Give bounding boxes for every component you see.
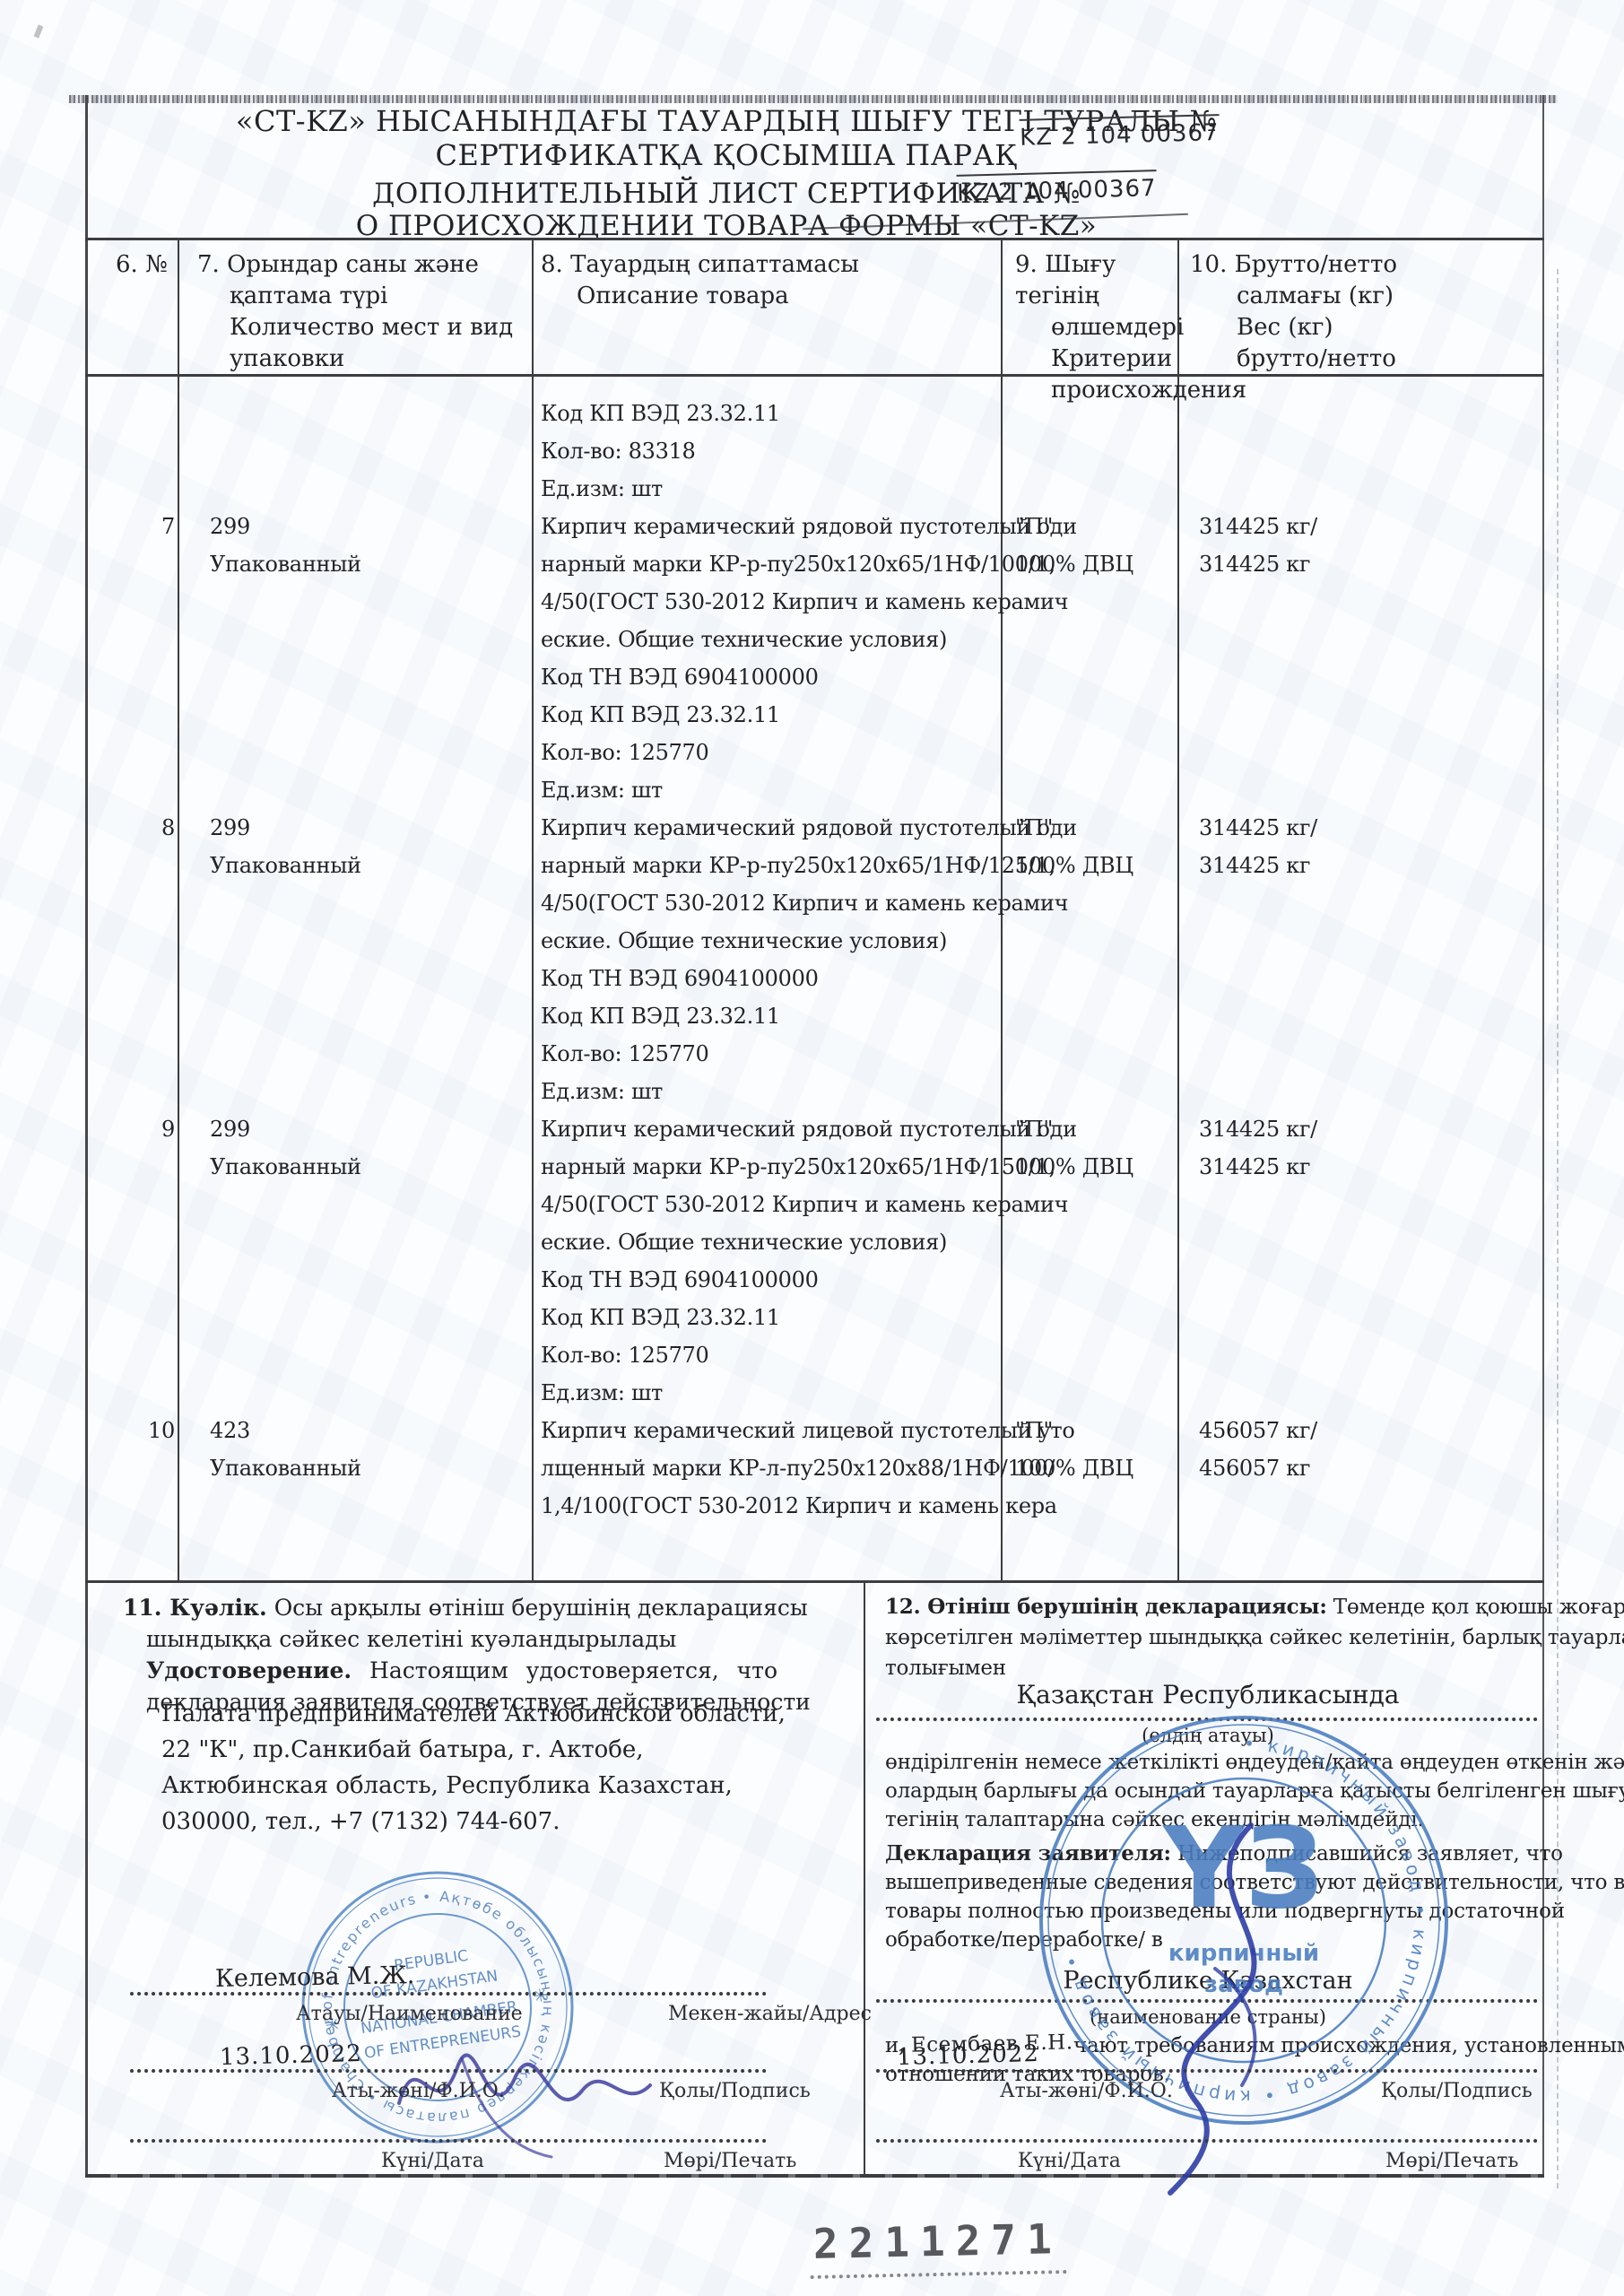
criteria-cell: "П"100% ДВЦ [1003,809,1179,1110]
date-value-right: 13.10.2022 [897,2040,1040,2071]
row-number: 8 [85,809,179,1110]
country-name-kk: Қазақстан Республикасында [876,1680,1540,1709]
places-cell: 299Упакованный [179,809,534,1110]
country-ru-label: (наименование страны) [876,2006,1540,2028]
label-address: Мекен-жайы/Адрес [668,2003,872,2025]
date-dotted-line [130,2139,767,2143]
country-ru-dotted-line [876,1999,1538,2003]
frame-border-bottom [85,2174,1544,2178]
places-cell: 423Упакованный [179,1412,534,1525]
section-12-declaration-kk: 12. Өтініш берушінің декларациясы: Төмен… [885,1592,1538,1683]
label-stamp-right: Мөрі/Печать [1385,2150,1518,2172]
label-date: Күні/Дата [381,2150,484,2172]
label-sign: Қолы/Подпись [659,2080,811,2102]
microprint-band [69,95,1558,103]
svg-text:OF ENTREPRENEURS: OF ENTREPRENEURS [363,2022,522,2062]
cert-number-stamp-bottom: KZ 2 104 00367 [957,170,1157,207]
row-number: 10 [85,1412,179,1525]
table-filler-row [85,1525,1544,1580]
criteria-cell: "П"100% ДВЦ [1003,1110,1179,1412]
table-row-10: 10 423Упакованный Кирпич керамический ли… [85,1412,1544,1525]
footer-doc-number: 2211271 [809,2214,1066,2279]
declaration-ru-body: Декларация заявителя: Нижеподписавшийся … [885,1839,1538,1954]
label-name: Атауы/Наименование [296,2003,523,2025]
description-cell: Кирпич керамический рядовой пустотелый о… [534,1110,1003,1412]
description-cell: Код КП ВЭД 23.32.11Кол-во: 83318Ед.изм: … [534,395,1003,508]
scan-artifact [34,24,44,38]
section-11-number: 11. Куәлік. [123,1595,267,1621]
declaration-section: 11. Куәлік. Осы арқылы өтініш берушінің … [85,1580,1544,2174]
goods-table-header: 6. № 7. Орындар саны жәнеқаптама түріКол… [85,238,1544,377]
scanned-certificate-page: «СТ-KZ» НЫСАНЫНДАҒЫ ТАУАРДЫҢ ШЫҒУ ТЕГІ Т… [0,0,1624,2296]
country-kk-label: (елдің атауы) [876,1725,1540,1746]
country-kk-dotted-line [876,1718,1538,1721]
goods-table-body: Код КП ВЭД 23.32.11Кол-во: 83318Ед.изм: … [85,377,1544,1580]
section-12-number: 12. Өтініш берушінің декларациясы: [885,1595,1327,1619]
weight-cell: 456057 кг/456057 кг [1179,1412,1544,1525]
table-row-7: 7 299Упакованный Кирпич керамический ряд… [85,508,1544,809]
label-stamp: Мөрі/Печать [664,2150,796,2172]
fio-dotted-line-right [876,2069,1538,2073]
applicant-name-value: Келемова М.Ж. [215,1961,415,1993]
weight-cell: 314425 кг/314425 кг [1179,809,1544,1110]
date-value-left: 13.10.2022 [220,2040,363,2071]
row-number: 7 [85,508,179,809]
label-fio: Аты-жөні/Ф.И.О. [332,2080,505,2102]
label-date-right: Күні/Дата [1018,2150,1121,2172]
certificate-frame: «СТ-KZ» НЫСАНЫНДАҒЫ ТАУАРДЫҢ ШЫҒУ ТЕГІ Т… [85,95,1544,2174]
label-fio-right: Аты-жөні/Ф.И.О. [1000,2080,1173,2102]
section-divider [864,1583,865,2174]
country-name-ru: Республике Казахстан [876,1967,1540,1995]
date-dotted-line-right [876,2139,1538,2143]
criteria-cell: "П"100% ДВЦ [1003,508,1179,809]
declaration-kk-body: өндірілгенін немесе жеткілікті өңдеуден/… [885,1748,1538,1834]
description-cell: Кирпич керамический лицевой пустотелый у… [534,1412,1003,1525]
description-cell: Кирпич керамический рядовой пустотелый о… [534,809,1003,1110]
title-ru-line1: ДОПОЛНИТЕЛЬНЫЙ ЛИСТ СЕРТИФИКАТА № [85,178,1368,210]
row-number: 9 [85,1110,179,1412]
weight-cell: 314425 кг/314425 кг [1179,1110,1544,1412]
description-cell: Кирпич керамический рядовой пустотелый о… [534,508,1003,809]
applicant-details: Палата предпринимателей Актюбинской обла… [161,1696,786,1839]
places-cell: 299Упакованный [179,508,534,809]
label-sign-right: Қолы/Подпись [1381,2080,1533,2102]
cert-number-stamp-top: KZ 2 104 00367 [1020,114,1220,152]
criteria-cell: "П"100% ДВЦ [1003,1412,1179,1525]
weight-cell: 314425 кг/314425 кг [1179,508,1544,809]
table-row-continuation: Код КП ВЭД 23.32.11Кол-во: 83318Ед.изм: … [85,395,1544,508]
places-cell: 299Упакованный [179,1110,534,1412]
table-row-8: 8 299Упакованный Кирпич керамический ряд… [85,809,1544,1110]
table-row-9: 9 299Упакованный Кирпич керамический ряд… [85,1110,1544,1412]
